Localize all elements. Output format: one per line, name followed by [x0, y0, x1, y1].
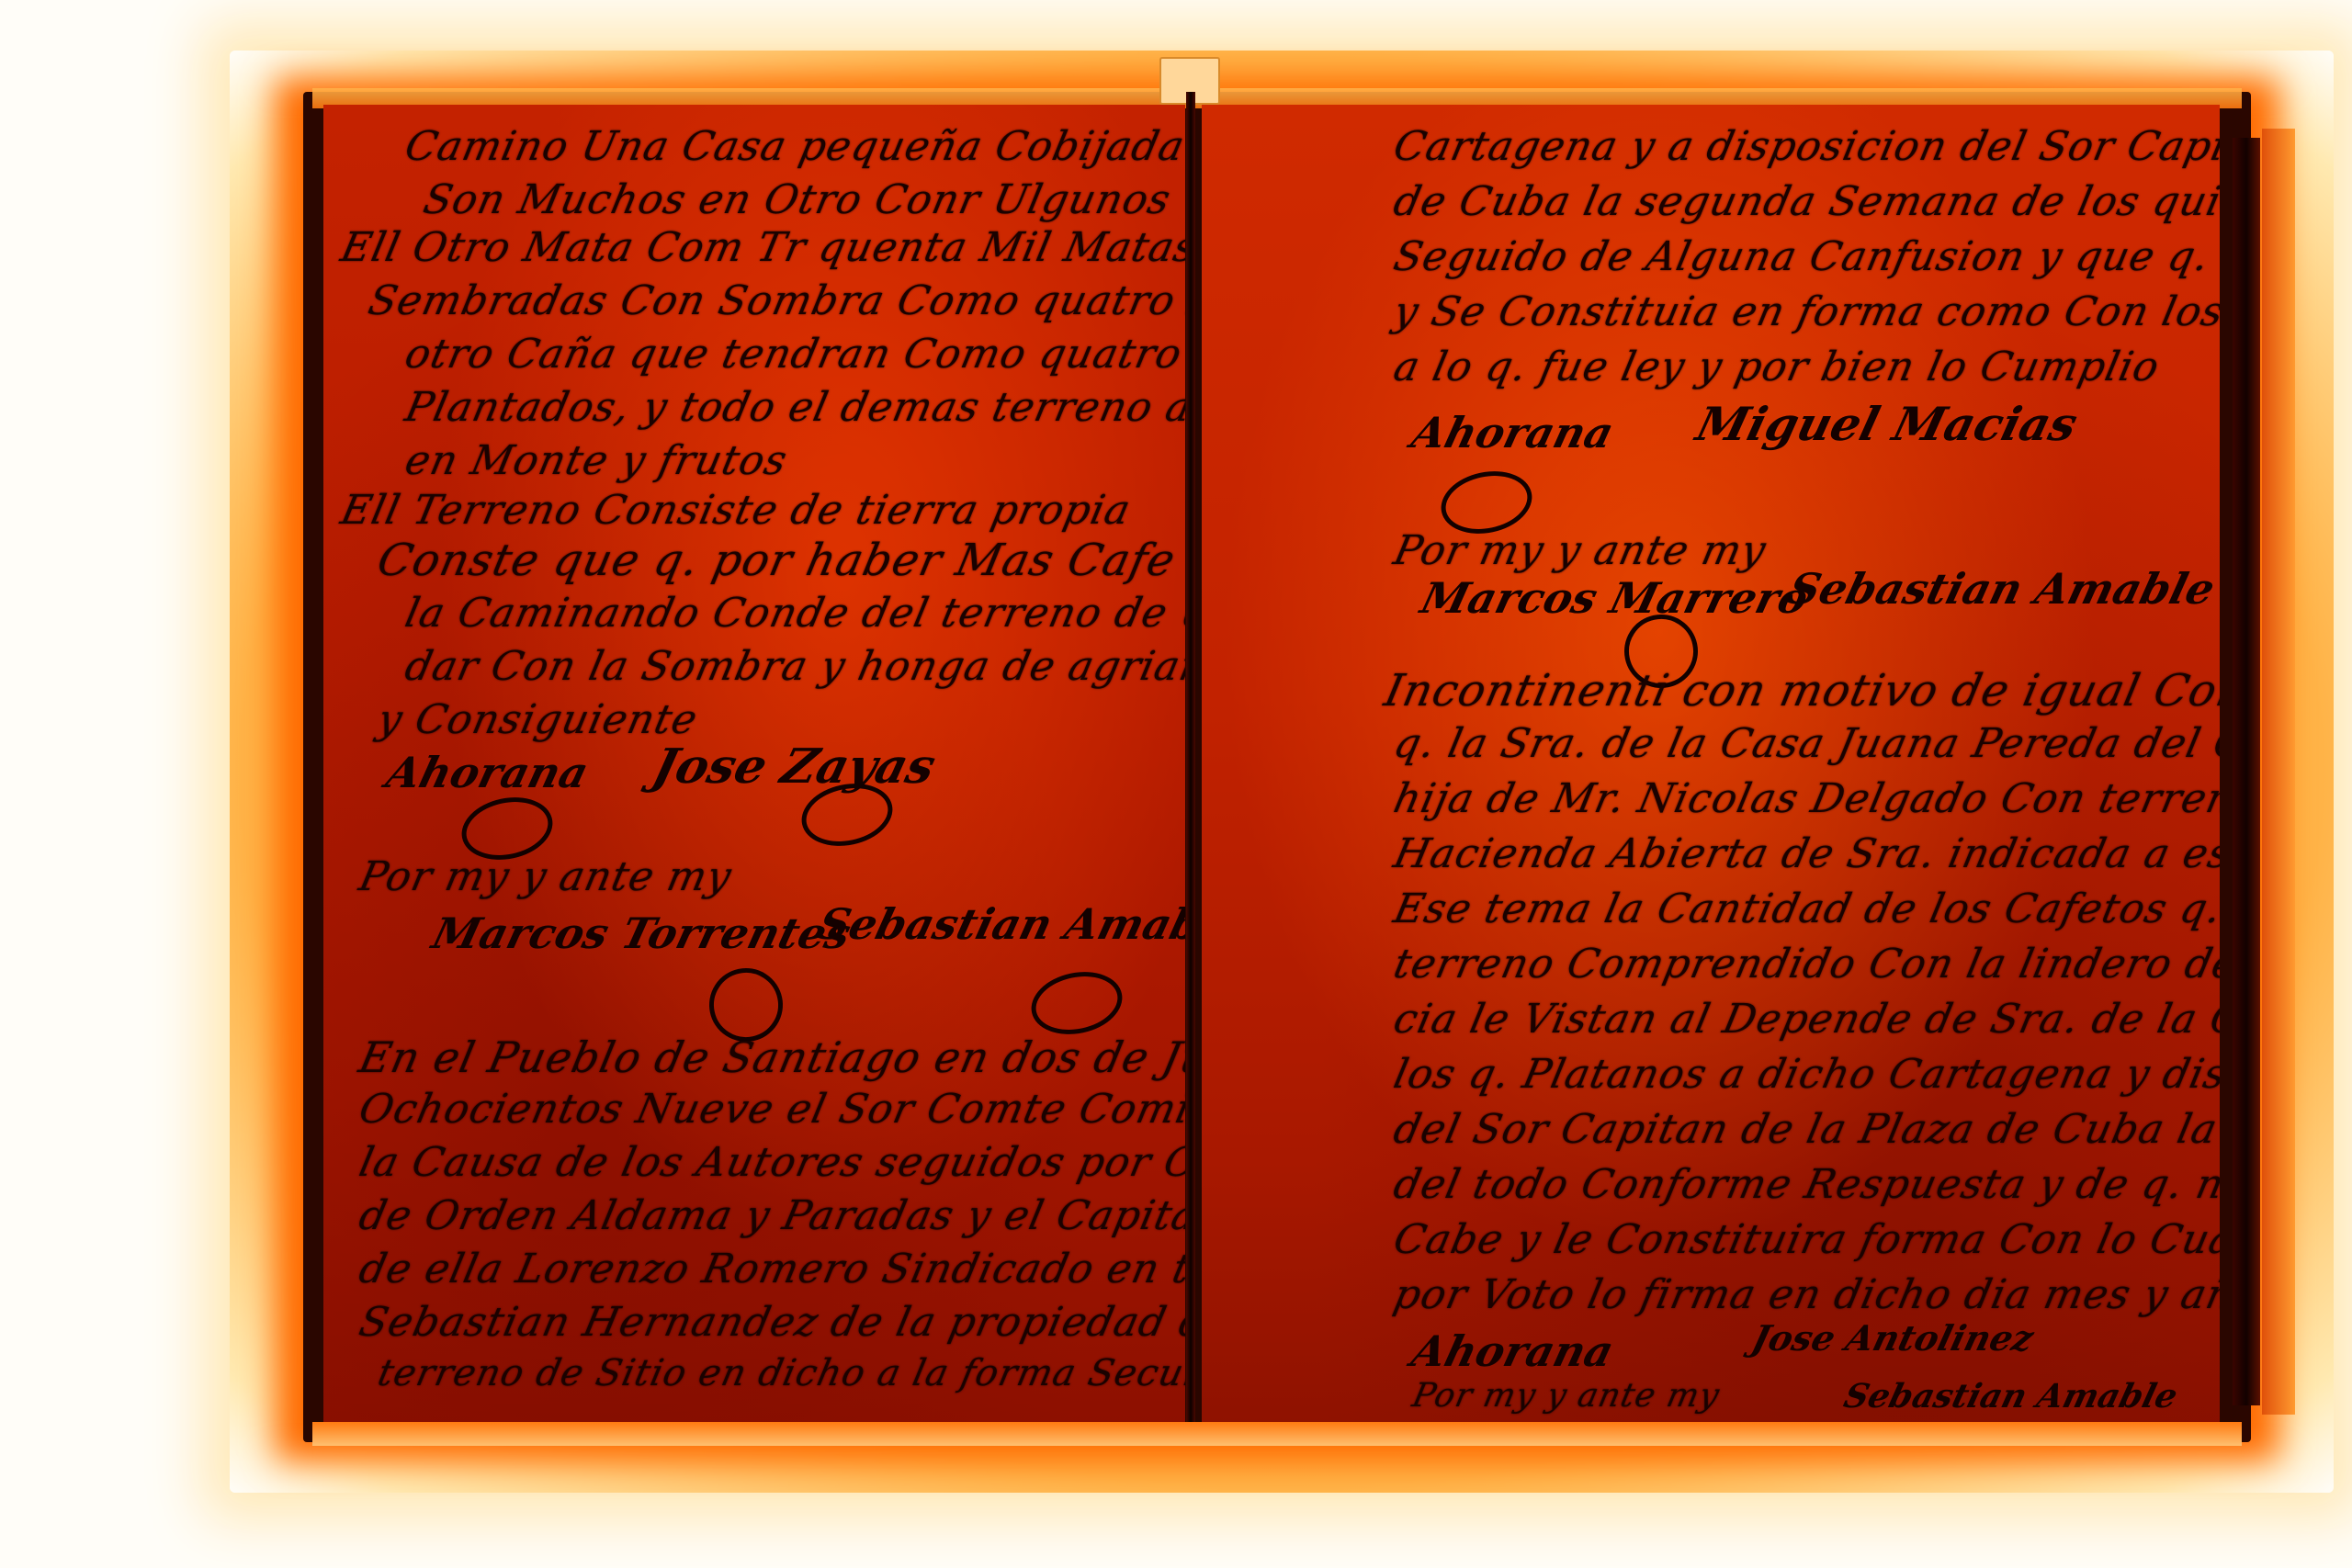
manuscript-line: la Caminando Conde del terreno de Unamun… [401, 590, 1185, 637]
manuscript-line: de ella Lorenzo Romero Sindicado en terr… [356, 1246, 1185, 1292]
right-page-signature-block: Ahorana Jose Antolinez Por my y ante my … [1202, 105, 2220, 1423]
manuscript-line: terreno de Sitio en dicho a la forma Sec… [374, 1352, 1185, 1394]
manuscript-line: Camino Una Casa pequeña Cobijada de paja [401, 123, 1185, 170]
manuscript-line: Ell Terreno Consiste de tierra propia [337, 487, 1136, 534]
manuscript-line: otro Caña que tendran Como quatro a Cinc… [401, 331, 1185, 378]
manuscript-line: En el Pueblo de Santiago en dos de Julio… [355, 1032, 1185, 1082]
bottom-page-edge [312, 1422, 2242, 1446]
page-edge-dark-strip [2233, 138, 2260, 1405]
manuscript-line: la Causa de los Autores seguidos por Ofi… [356, 1139, 1185, 1186]
witness-label: Ahorana [381, 748, 594, 797]
attestation-text: Por my y ante my [1409, 1377, 1724, 1415]
signature: Marcos Torrentes [427, 908, 855, 958]
manuscript-line: Son Muchos en Otro Conr Ulgunos [420, 176, 1175, 223]
adjacent-page-edge [2262, 129, 2295, 1415]
attestation-text: Por my y ante my [356, 853, 736, 900]
witness-label: Ahorana [1407, 1326, 1619, 1376]
signature: Sebastian Amable [813, 899, 1185, 949]
manuscript-line: Plantados, y todo el demas terreno alzad… [401, 384, 1185, 431]
manuscript-line: Sebastian Hernandez de la propiedad del … [356, 1299, 1185, 1346]
manuscript-line: Ochocientos Nueve el Sor Comte Comisiona… [356, 1086, 1185, 1133]
rubric-flourish-icon [1025, 964, 1128, 1042]
manuscript-line: dar Con la Sombra y honga de agriamiento… [401, 643, 1185, 690]
signature: Jose Antolinez [1747, 1317, 2038, 1359]
signature: Jose Zayas [647, 739, 941, 795]
manuscript-line: y Consiguiente [374, 696, 703, 743]
signature: Sebastian Amable [1840, 1377, 2182, 1416]
manuscript-line: Conste que q. por haber Mas Cafe q. Orel… [373, 535, 1185, 586]
book-spine [1186, 92, 1195, 1433]
manuscript-line: de Orden Aldama y Paradas y el Capitan d… [356, 1192, 1185, 1239]
manuscript-line: Ell Otro Mata Com Tr quenta Mil Matas de… [337, 224, 1185, 271]
left-page: Camino Una Casa pequeña Cobijada de paja… [323, 105, 1185, 1423]
manuscript-line: en Monte y frutos [401, 437, 792, 484]
manuscript-line: Sembradas Con Sombra Como quatro Mil Mat… [365, 277, 1185, 324]
